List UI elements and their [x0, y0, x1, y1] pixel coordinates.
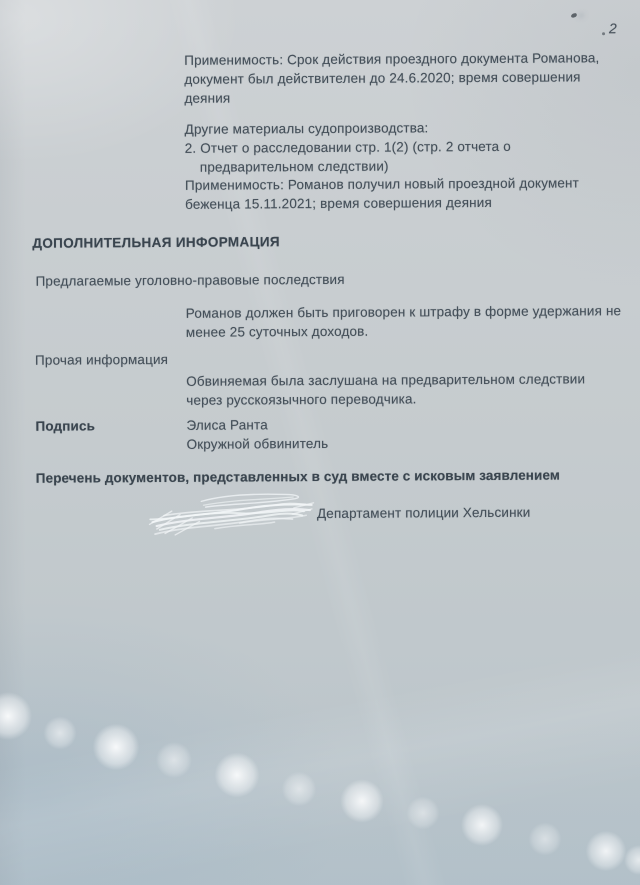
signature-label: Подпись	[35, 417, 95, 436]
attachment-source: Департамент полиции Хельсинки	[317, 504, 531, 524]
signature-block: Элиса Ранта Окружной обвинитель	[186, 416, 328, 454]
text-line: Обвиняемая была заслушана на предварител…	[186, 370, 631, 392]
paper-speck	[571, 13, 578, 18]
text-line: документ был действителен до 24.6.2020; …	[184, 68, 629, 90]
other-info-label: Прочая информация	[35, 351, 168, 371]
text-line: через русскоязычного переводчика.	[186, 389, 631, 411]
other-info-text: Обвиняемая была заслушана на предварител…	[186, 370, 631, 410]
consequences-text: Романов должен быть приговорен к штрафу …	[186, 302, 636, 342]
text-line: беженца 15.11.2021; время совершения дея…	[185, 193, 630, 215]
text-line: деяния	[184, 87, 629, 109]
other-materials-block: Другие материалы судопроизводства: 2. От…	[185, 118, 631, 215]
text-line: Применимость: Романов получил новый прое…	[185, 174, 630, 196]
applicability-paragraph-1: Применимость: Срок действия проездного д…	[184, 49, 629, 108]
text-line: Романов должен быть приговорен к штрафу …	[186, 302, 636, 324]
paper-speck	[602, 32, 605, 35]
consequences-label: Предлагаемые уголовно-правовые последств…	[35, 271, 344, 292]
section-heading-additional-info: ДОПОЛНИТЕЛЬНАЯ ИНФОРМАЦИЯ	[32, 233, 280, 253]
photographed-document-page: 2 Применимость: Срок действия проездного…	[0, 0, 640, 885]
signature-title: Окружной обвинитель	[186, 435, 328, 455]
scratched-out-signature-scribble	[143, 484, 323, 540]
text-line: Применимость: Срок действия проездного д…	[184, 49, 629, 71]
document-sheet: 2 Применимость: Срок действия проездного…	[0, 0, 640, 885]
text-line: менее 25 суточных доходов.	[186, 321, 636, 343]
signature-name: Элиса Ранта	[186, 416, 328, 436]
page-number: 2	[609, 19, 617, 38]
